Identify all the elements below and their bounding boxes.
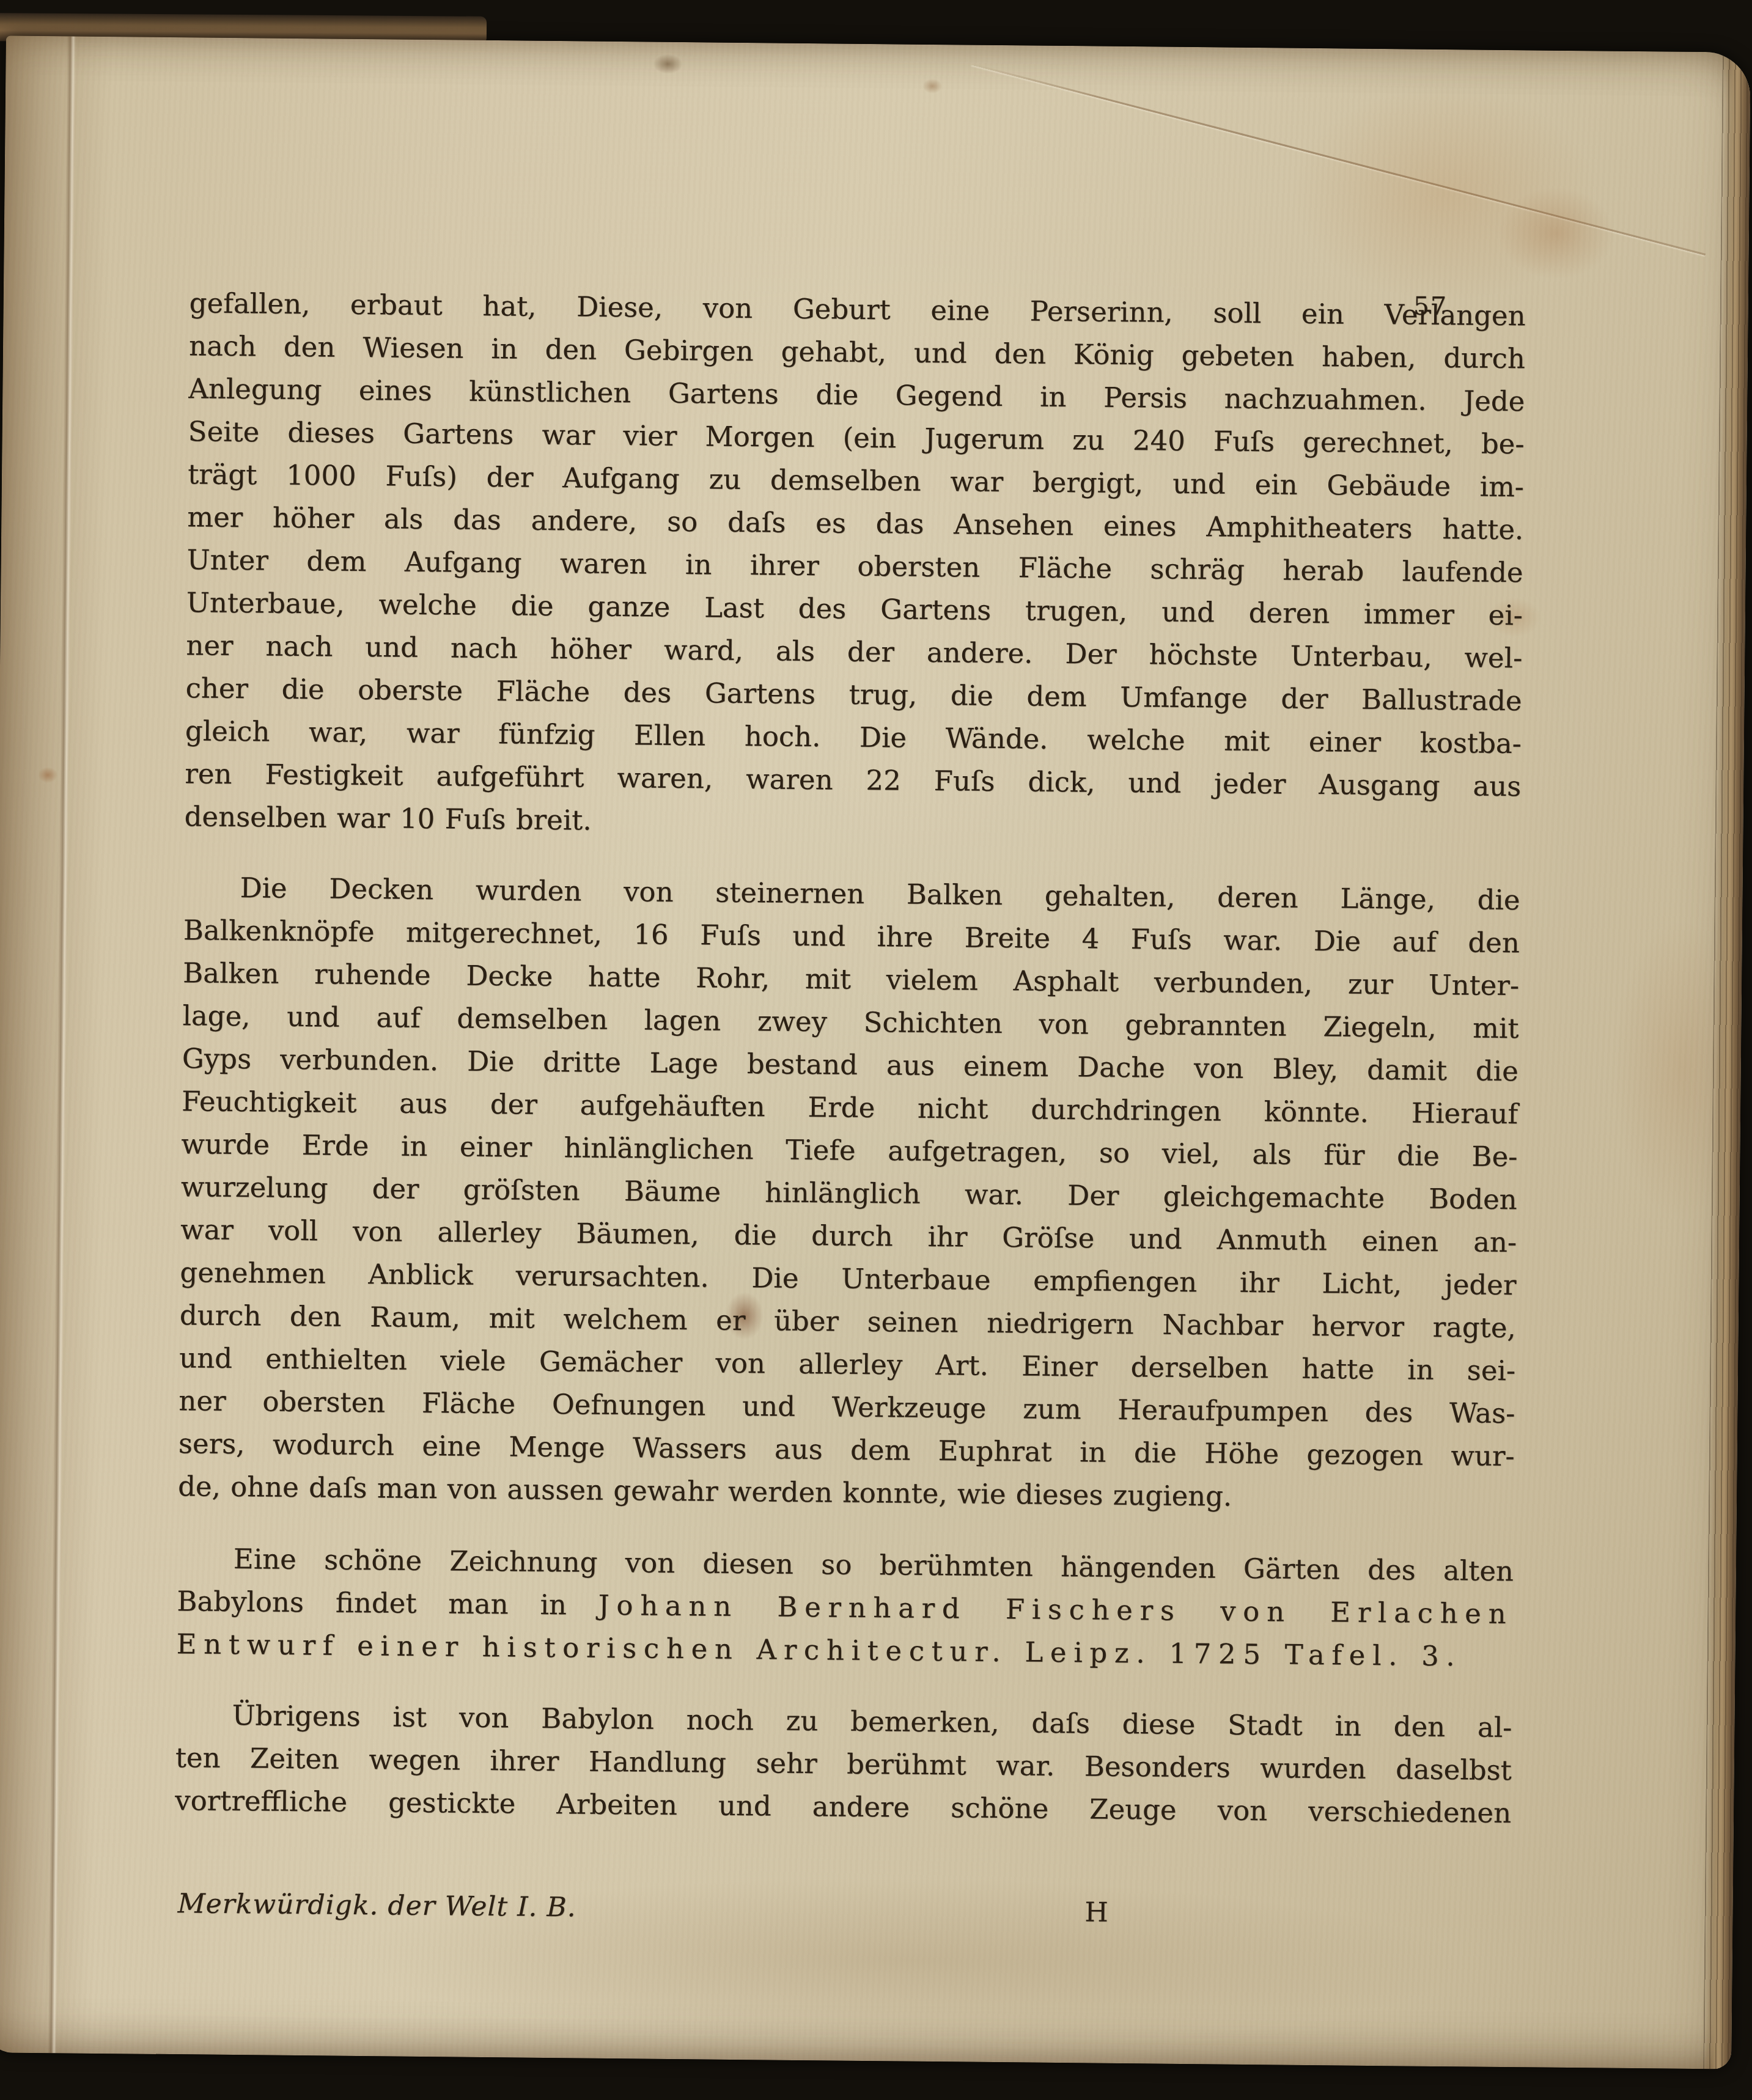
text-segment: Gyps verbunden. Die dritte Lage bestand … (182, 1042, 1518, 1087)
text-segment: ner nach und nach höher ward, als der an… (186, 629, 1522, 674)
text-segment: genehmen Anblick verursachten. Die Unter… (180, 1256, 1516, 1301)
letterspaced-text: Entwurf einer historischen Architectur. … (176, 1628, 1462, 1672)
text-segment: gefallen, erbaut hat, Diese, von Geburt … (189, 287, 1525, 332)
text-segment: denselben war 10 Fuſs breit. (184, 800, 591, 836)
text-block: gefallen, erbaut hat, Diese, von Geburt … (175, 282, 1526, 1835)
text-segment: Babylons findet man in (177, 1585, 598, 1621)
footer: Merkwürdigk. der Welt I. B. H (174, 1888, 1511, 1944)
text-segment: Balkenknöpfe mitgerechnet, 16 Fuſs und i… (183, 914, 1520, 959)
text-segment: Die Decken wurden von steinernen Balken … (240, 872, 1520, 916)
footer-running-title: Merkwürdigk. der Welt I. B. (177, 1888, 576, 1923)
page-edge-stack (1703, 52, 1751, 2069)
paragraph: Die Decken wurden von steinernen Balken … (178, 866, 1520, 1521)
text-segment: wurzelung der gröſsten Bäume hinlänglich… (181, 1170, 1517, 1216)
paragraph: gefallen, erbaut hat, Diese, von Geburt … (184, 282, 1526, 851)
text-segment: gleich war, war fünfzig Ellen hoch. Die … (185, 714, 1522, 760)
text-segment: Eine schöne Zeichnung von diesen so berü… (234, 1543, 1514, 1587)
foxing-stain (653, 54, 682, 74)
text-segment: vortreffliche gestickte Arbeiten und and… (175, 1784, 1511, 1829)
text-segment: de, ohne daſs man von aussen gewahr werd… (178, 1470, 1232, 1513)
text-segment: wurde Erde in einer hinlänglichen Tiefe … (181, 1128, 1517, 1173)
text-segment: ner obersten Fläche Oefnungen und Werkze… (179, 1384, 1515, 1430)
text-segment: trägt 1000 Fuſs) der Aufgang zu demselbe… (188, 458, 1524, 503)
text-segment: ren Festigkeit aufgeführt waren, waren 2… (185, 757, 1521, 802)
text-segment: lage, und auf demselben lagen zwey Schic… (182, 999, 1518, 1044)
book-page: 57 gefallen, erbaut hat, Diese, von Gebu… (0, 35, 1751, 2069)
text-segment: Übrigens ist von Babylon noch zu bemerke… (232, 1699, 1512, 1744)
text-segment: Anlegung eines künstlichen Gartens die G… (188, 372, 1525, 417)
text-segment: mer höher als das andere, so daſs es das… (187, 501, 1523, 546)
text-segment: sers, wodurch eine Menge Wassers aus dem… (179, 1427, 1515, 1472)
text-segment: und enthielten viele Gemächer von allerl… (179, 1342, 1515, 1387)
diagonal-crease (971, 64, 1706, 255)
text-segment: Seite dieses Gartens war vier Morgen (ei… (188, 415, 1524, 460)
foxing-stain (922, 79, 942, 94)
letterspaced-text: Johann Bernhard Fischers von Erlachen (598, 1589, 1514, 1630)
paragraph: Übrigens ist von Babylon noch zu bemerke… (175, 1694, 1512, 1835)
text-segment: war voll von allerley Bäumen, die durch … (180, 1213, 1517, 1258)
text-segment: cher die oberste Fläche des Gartens trug… (185, 672, 1522, 717)
text-segment: Balken ruhende Decke hatte Rohr, mit vie… (183, 956, 1519, 1002)
text-segment: Unter dem Aufgang waren in ihrer oberste… (186, 543, 1523, 589)
text-segment: Unterbaue, welche die ganze Last des Gar… (186, 586, 1523, 631)
text-segment: nach den Wiesen in den Gebirgen gehabt, … (189, 329, 1525, 375)
foxing-stain (1291, 86, 1599, 303)
scan-background: 57 gefallen, erbaut hat, Diese, von Gebu… (0, 0, 1752, 2100)
text-segment: durch den Raum, mit welchem er über sein… (180, 1299, 1516, 1344)
foxing-stain (1498, 187, 1614, 280)
signature-mark: H (1084, 1896, 1108, 1928)
text-segment: ten Zeiten wegen ihrer Handlung sehr ber… (175, 1741, 1512, 1786)
text-segment: Feuchtigkeit aus der aufgehäuften Erde n… (182, 1085, 1518, 1130)
paragraph: Eine schöne Zeichnung von diesen so berü… (176, 1537, 1514, 1678)
